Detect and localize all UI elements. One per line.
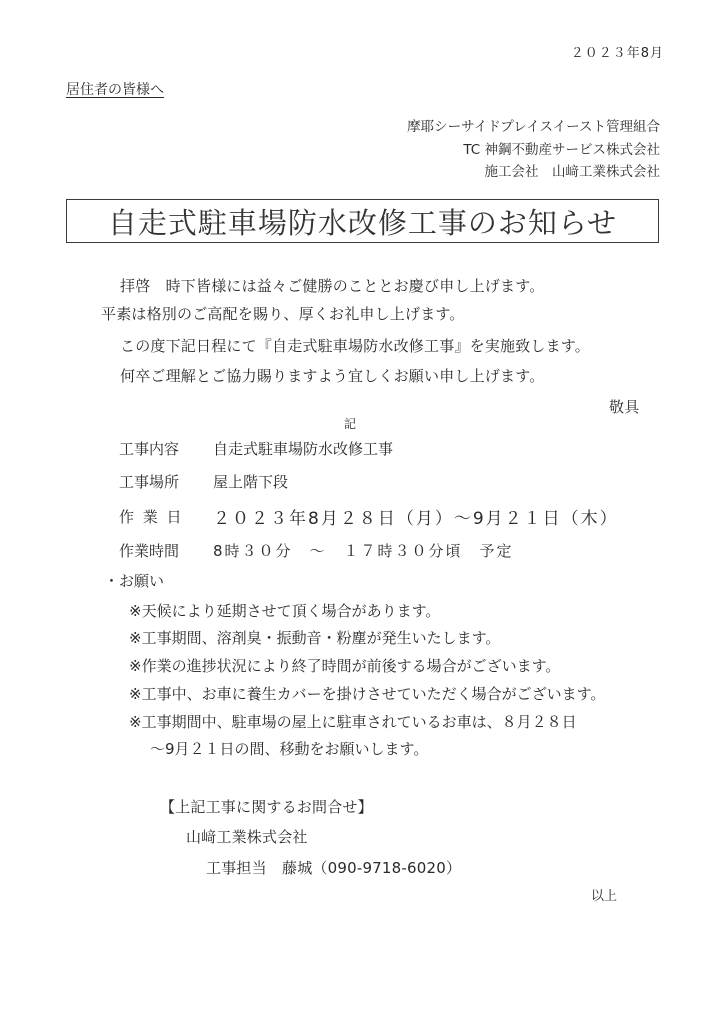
detail-value-location: 屋上階下段 xyxy=(213,471,288,492)
request-item-5: ※工事期間中、駐車場の屋上に駐車されているお車は、８月２８日 xyxy=(129,711,577,732)
contact-company: 山﨑工業株式会社 xyxy=(186,826,308,847)
greeting-line-3: この度下記日程にて『自走式駐車場防水改修工事』を実施致します。 xyxy=(120,335,590,356)
detail-label-date: 作 業 日 xyxy=(119,506,184,527)
issuer-contractor: 施工会社 山﨑工業株式会社 xyxy=(485,160,661,180)
request-item-2: ※工事期間、溶剤臭・振動音・粉塵が発生いたします。 xyxy=(129,627,500,648)
issuer-property-management: TC 神鋼不動産サービス株式会社 xyxy=(463,138,660,158)
title-box: 自走式駐車場防水改修工事のお知らせ xyxy=(66,199,659,243)
page-title: 自走式駐車場防水改修工事のお知らせ xyxy=(108,201,617,242)
detail-value-content: 自走式駐車場防水改修工事 xyxy=(213,438,393,459)
detail-label-location: 工事場所 xyxy=(119,471,179,492)
contact-heading: 【上記工事に関するお問合せ】 xyxy=(160,796,373,817)
details-heading: 記 xyxy=(344,415,356,432)
detail-value-hours: 8時３０分 ～ １７時３０分頃 予定 xyxy=(213,540,514,561)
requests-heading: ・お願い xyxy=(104,570,164,591)
greeting-line-4: 何卒ご理解とご協力賜りますよう宜しくお願い申し上げます。 xyxy=(120,365,544,386)
greeting-closing: 敬具 xyxy=(609,396,639,417)
request-item-4: ※工事中、お車に養生カバーを掛けさせていただく場合がございます。 xyxy=(129,683,605,704)
request-item-5-continued: ～9月２１日の間、移動をお願いします。 xyxy=(150,738,428,759)
request-item-3: ※作業の進捗状況により終了時間が前後する場合がございます。 xyxy=(129,655,560,676)
detail-label-hours: 作業時間 xyxy=(119,540,179,561)
detail-label-content: 工事内容 xyxy=(119,438,179,459)
addressee: 居住者の皆様へ xyxy=(66,79,164,99)
contact-person: 工事担当 藤城（090-9718-6020） xyxy=(206,857,461,878)
issuer-management-association: 摩耶シーサイドプレイスイースト管理組合 xyxy=(407,115,660,135)
document-date: ２０２３年8月 xyxy=(571,42,664,61)
detail-value-date: ２０２３年8月２８日（月）～9月２１日（木） xyxy=(213,504,619,529)
greeting-line-2: 平素は格別のご高配を賜り、厚くお礼申し上げます。 xyxy=(101,303,465,324)
document-closing: 以上 xyxy=(591,885,617,904)
greeting-line-1: 拝啓 時下皆様には益々ご健勝のこととお慶び申し上げます。 xyxy=(120,275,544,296)
request-item-1: ※天候により延期させて頂く場合があります。 xyxy=(129,600,440,621)
